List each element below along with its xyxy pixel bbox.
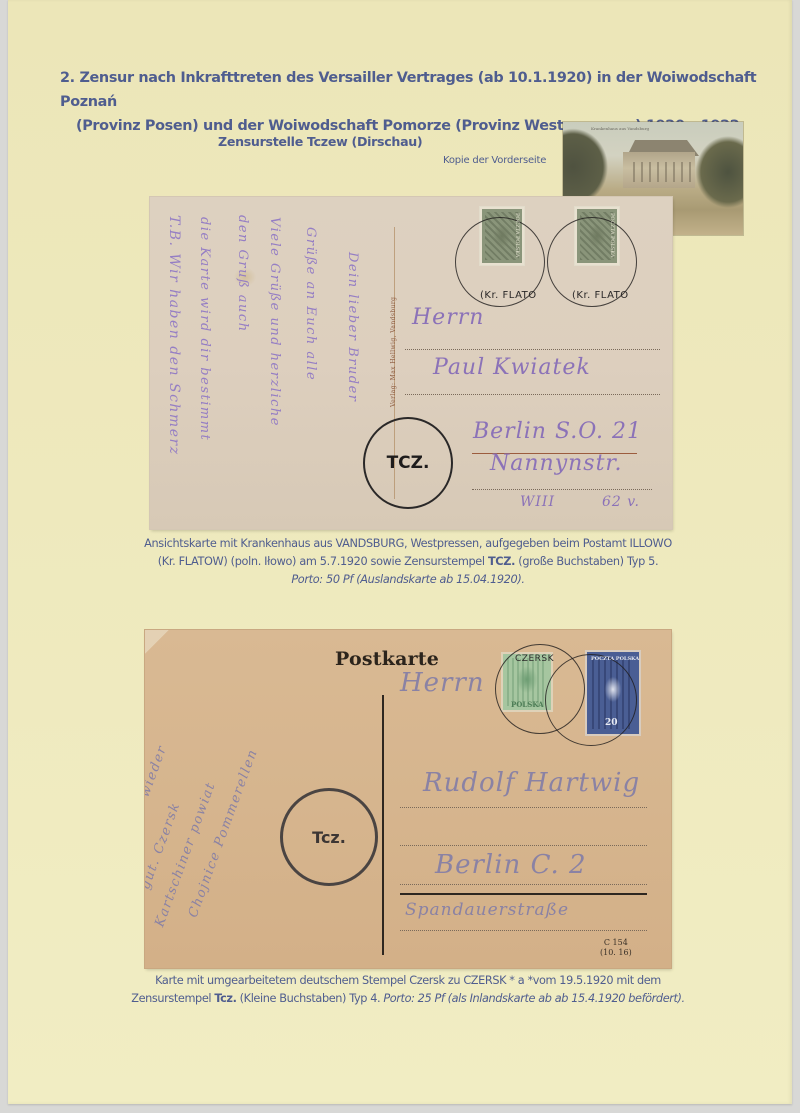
address-rule — [400, 884, 647, 885]
postkarte-title: Postkarte — [335, 648, 439, 670]
building-windows — [627, 162, 691, 182]
caption1-line1: Ansichtskarte mit Krankenhaus aus VANDSB… — [68, 535, 748, 553]
address-line: Rudolf Hartwig — [423, 768, 640, 798]
address-rule — [405, 394, 660, 395]
message-line: T.B. Wir haben den Schmerz — [166, 215, 182, 456]
message-line: die Karte wird dir bestimmt — [197, 217, 212, 441]
message-line: Grüße an Euch alle — [303, 227, 318, 381]
postcard-vandsburg: T.B. Wir haben den Schmerz die Karte wir… — [150, 197, 672, 529]
address-rule-solid — [400, 893, 647, 895]
message-line: Dein lieber Bruder — [345, 252, 360, 403]
address-extra: 62 v. — [602, 494, 640, 510]
address-line: Herrn — [412, 305, 484, 330]
postmark-czersk-2 — [545, 654, 637, 746]
address-line: Nannynstr. — [490, 451, 623, 476]
publisher-imprint: Verlag: Max Hellwig, Vandsburg — [390, 297, 397, 407]
caption-postcard-2: Karte mit umgearbeitetem deutschem Stemp… — [48, 972, 768, 1008]
card-corner — [145, 630, 169, 654]
caption1-line3: Porto: 50 Pf (Auslandskarte ab 15.04.192… — [68, 571, 748, 589]
censor-stamp-tcz: TCZ. — [363, 417, 453, 509]
postmark-text-2: (Kr. FLATO — [572, 290, 629, 301]
address-rule — [400, 807, 647, 808]
address-rule — [400, 930, 647, 931]
form-number: C 154 (10. 16) — [600, 938, 632, 958]
postcard-czersk: Postkarte Ihr Mann kommt wieder gut. Cze… — [145, 630, 671, 968]
address-rule — [472, 489, 652, 490]
album-page: 2. Zensur nach Inkrafttreten des Versail… — [8, 0, 792, 1104]
heading-line-1: 2. Zensur nach Inkrafttreten des Versail… — [60, 70, 756, 110]
photo-caption: Krankenhaus aus Vandsburg — [591, 126, 649, 131]
caption-postcard-1: Ansichtskarte mit Krankenhaus aus VANDSB… — [68, 535, 748, 589]
postmark-text-1: (Kr. FLATO — [480, 290, 537, 301]
address-rule — [405, 349, 660, 350]
address-line: Paul Kwiatek — [433, 355, 591, 380]
front-copy-label: Kopie der Vorderseite — [443, 155, 546, 166]
postmark-text: CZERSK — [515, 654, 554, 664]
message-line: Viele Grüße und herzliche — [267, 217, 282, 427]
caption2-line2: Zensurstempel Tcz. (Kleine Buchstaben) T… — [48, 990, 768, 1008]
address-line: Herrn — [400, 668, 485, 698]
address-extra: WIII — [520, 494, 555, 510]
address-line: Spandauerstraße — [405, 900, 569, 920]
censor-office-title: Zensurstelle Tczew (Dirschau) — [218, 134, 422, 149]
address-rule — [400, 845, 647, 846]
card-divider — [382, 695, 384, 955]
address-line: Berlin S.O. 21 — [473, 419, 642, 444]
censor-stamp-tcz-small: Tcz. — [280, 788, 378, 886]
caption2-line1: Karte mit umgearbeitetem deutschem Stemp… — [48, 972, 768, 990]
address-line: Berlin C. 2 — [435, 850, 587, 880]
caption1-line2: (Kr. FLATOW) (poln. Iłowo) am 5.7.1920 s… — [68, 553, 748, 571]
message-line: den Gruß auch — [235, 215, 250, 333]
